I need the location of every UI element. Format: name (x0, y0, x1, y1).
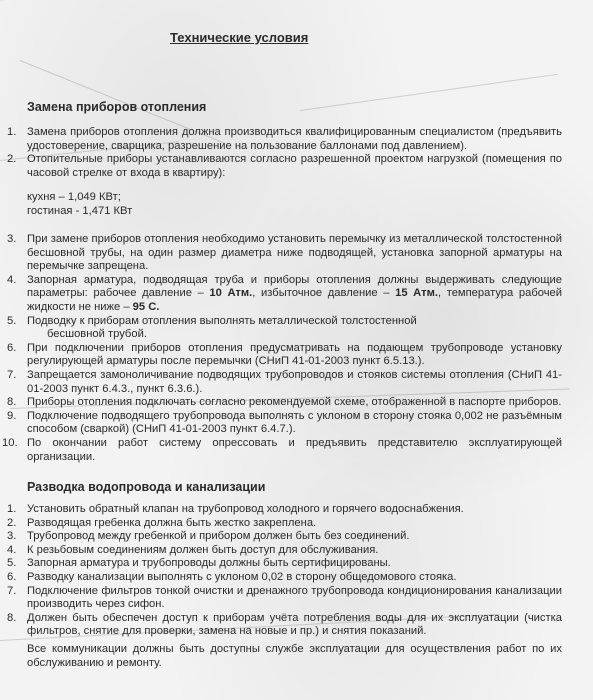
item-number: 8. (7, 396, 16, 410)
item-text: Запрещается замоноличивание подводящих т… (27, 369, 562, 395)
item-text: К резьбовым соединениям должен быть дост… (27, 544, 378, 556)
list-item: 1.Установить обратный клапан на трубопро… (0, 503, 562, 517)
item-number: 8. (7, 612, 16, 626)
list-item: 4.Запорная арматура, подводящая труба и … (0, 274, 562, 315)
load-kitchen: кухня – 1,049 КВт; (27, 190, 132, 204)
item-number: 9. (7, 410, 16, 424)
item-number: 6. (7, 342, 16, 356)
item-text: Подводку к приборам отопления выполнять … (27, 315, 417, 327)
section-heading-plumbing: Разводка водопровода и канализации (27, 480, 265, 494)
item-text: Установить обратный клапан на трубопрово… (27, 503, 464, 515)
list-item: 8.Должен быть обеспечен доступ к прибора… (0, 612, 562, 639)
list-item: 6.При подключении приборов отопления пре… (0, 342, 562, 369)
list-item: 5.Запорная арматура и трубопроводы должн… (0, 557, 562, 571)
item-text: Разводку канализации выполнять с уклоном… (27, 571, 456, 583)
item-number: 6. (7, 571, 16, 585)
list-item: 2.Разводящая гребенка должна быть жестко… (0, 517, 562, 531)
item-text: По окончании работ систему опрессовать и… (27, 437, 562, 463)
item-number: 3. (7, 233, 16, 247)
item-text: Трубопровод между гребенкой и прибором д… (27, 530, 409, 542)
item-number: 1. (7, 126, 16, 140)
item-text: Разводящая гребенка должна быть жестко з… (27, 517, 316, 529)
list-item: 6.Разводку канализации выполнять с уклон… (0, 571, 562, 585)
item-number: 4. (7, 544, 16, 558)
closing-note: Все коммуникации должны быть доступны сл… (27, 642, 562, 670)
item-text: При подключении приборов отопления преду… (27, 342, 562, 368)
fluid-temperature: 95 С. (133, 301, 160, 313)
item-text: Подключение фильтров тонкой очистки и др… (27, 585, 562, 611)
item-text: Запорная арматура и трубопроводы должны … (27, 557, 391, 569)
heating-list-part1: 1.Замена приборов отопления должна произ… (0, 126, 562, 180)
item-number: 2. (7, 153, 16, 167)
item-text: При замене приборов отопления необходимо… (27, 233, 562, 272)
item-text: Отопительные приборы устанавливаются сог… (27, 153, 562, 179)
list-item: 9.Подключение подводящего трубопровода в… (0, 410, 562, 437)
list-item: 10.По окончании работ систему опрессоват… (0, 437, 562, 464)
excess-pressure: 15 Атм. (395, 287, 438, 299)
item-number: 10. (2, 437, 18, 451)
item-number: 3. (7, 530, 16, 544)
list-item: 7.Подключение фильтров тонкой очистки и … (0, 585, 562, 612)
item-text: , избыточное давление – (252, 287, 395, 299)
section-heading-heating: Замена приборов отопления (27, 100, 206, 114)
heating-loads: кухня – 1,049 КВт; гостиная - 1,471 КВт (27, 190, 132, 218)
paper-crease (300, 74, 558, 111)
item-text: Замена приборов отопления должна произво… (27, 126, 562, 152)
list-item: 7.Запрещается замоноличивание подводящих… (0, 369, 562, 396)
item-number: 1. (7, 503, 16, 517)
item-number: 5. (7, 557, 16, 571)
document-title: Технические условия (170, 30, 308, 45)
item-number: 7. (7, 369, 16, 383)
list-item: 5.Подводку к приборам отопления выполнят… (0, 315, 562, 342)
list-item: 2.Отопительные приборы устанавливаются с… (0, 153, 562, 180)
list-item: 4.К резьбовым соединениям должен быть до… (0, 544, 562, 558)
item-number: 5. (7, 315, 16, 329)
item-number: 2. (7, 517, 16, 531)
heating-list-part2: 3.При замене приборов отопления необходи… (0, 233, 562, 464)
item-number: 7. (7, 585, 16, 599)
item-number: 4. (7, 274, 16, 288)
plumbing-list: 1.Установить обратный клапан на трубопро… (0, 503, 562, 639)
item-text: Должен быть обеспечен доступ к приборам … (27, 612, 562, 638)
load-living-room: гостиная - 1,471 КВт (27, 204, 132, 218)
item-text-continued: бесшовной трубой. (27, 328, 562, 342)
item-text: Приборы отопления подключать согласно ре… (27, 396, 561, 408)
list-item: 1.Замена приборов отопления должна произ… (0, 126, 562, 153)
working-pressure: 10 Атм. (209, 287, 252, 299)
item-text: Подключение подводящего трубопровода вып… (27, 410, 562, 436)
list-item: 3.Трубопровод между гребенкой и прибором… (0, 530, 562, 544)
list-item: 8.Приборы отопления подключать согласно … (0, 396, 562, 410)
list-item: 3.При замене приборов отопления необходи… (0, 233, 562, 274)
